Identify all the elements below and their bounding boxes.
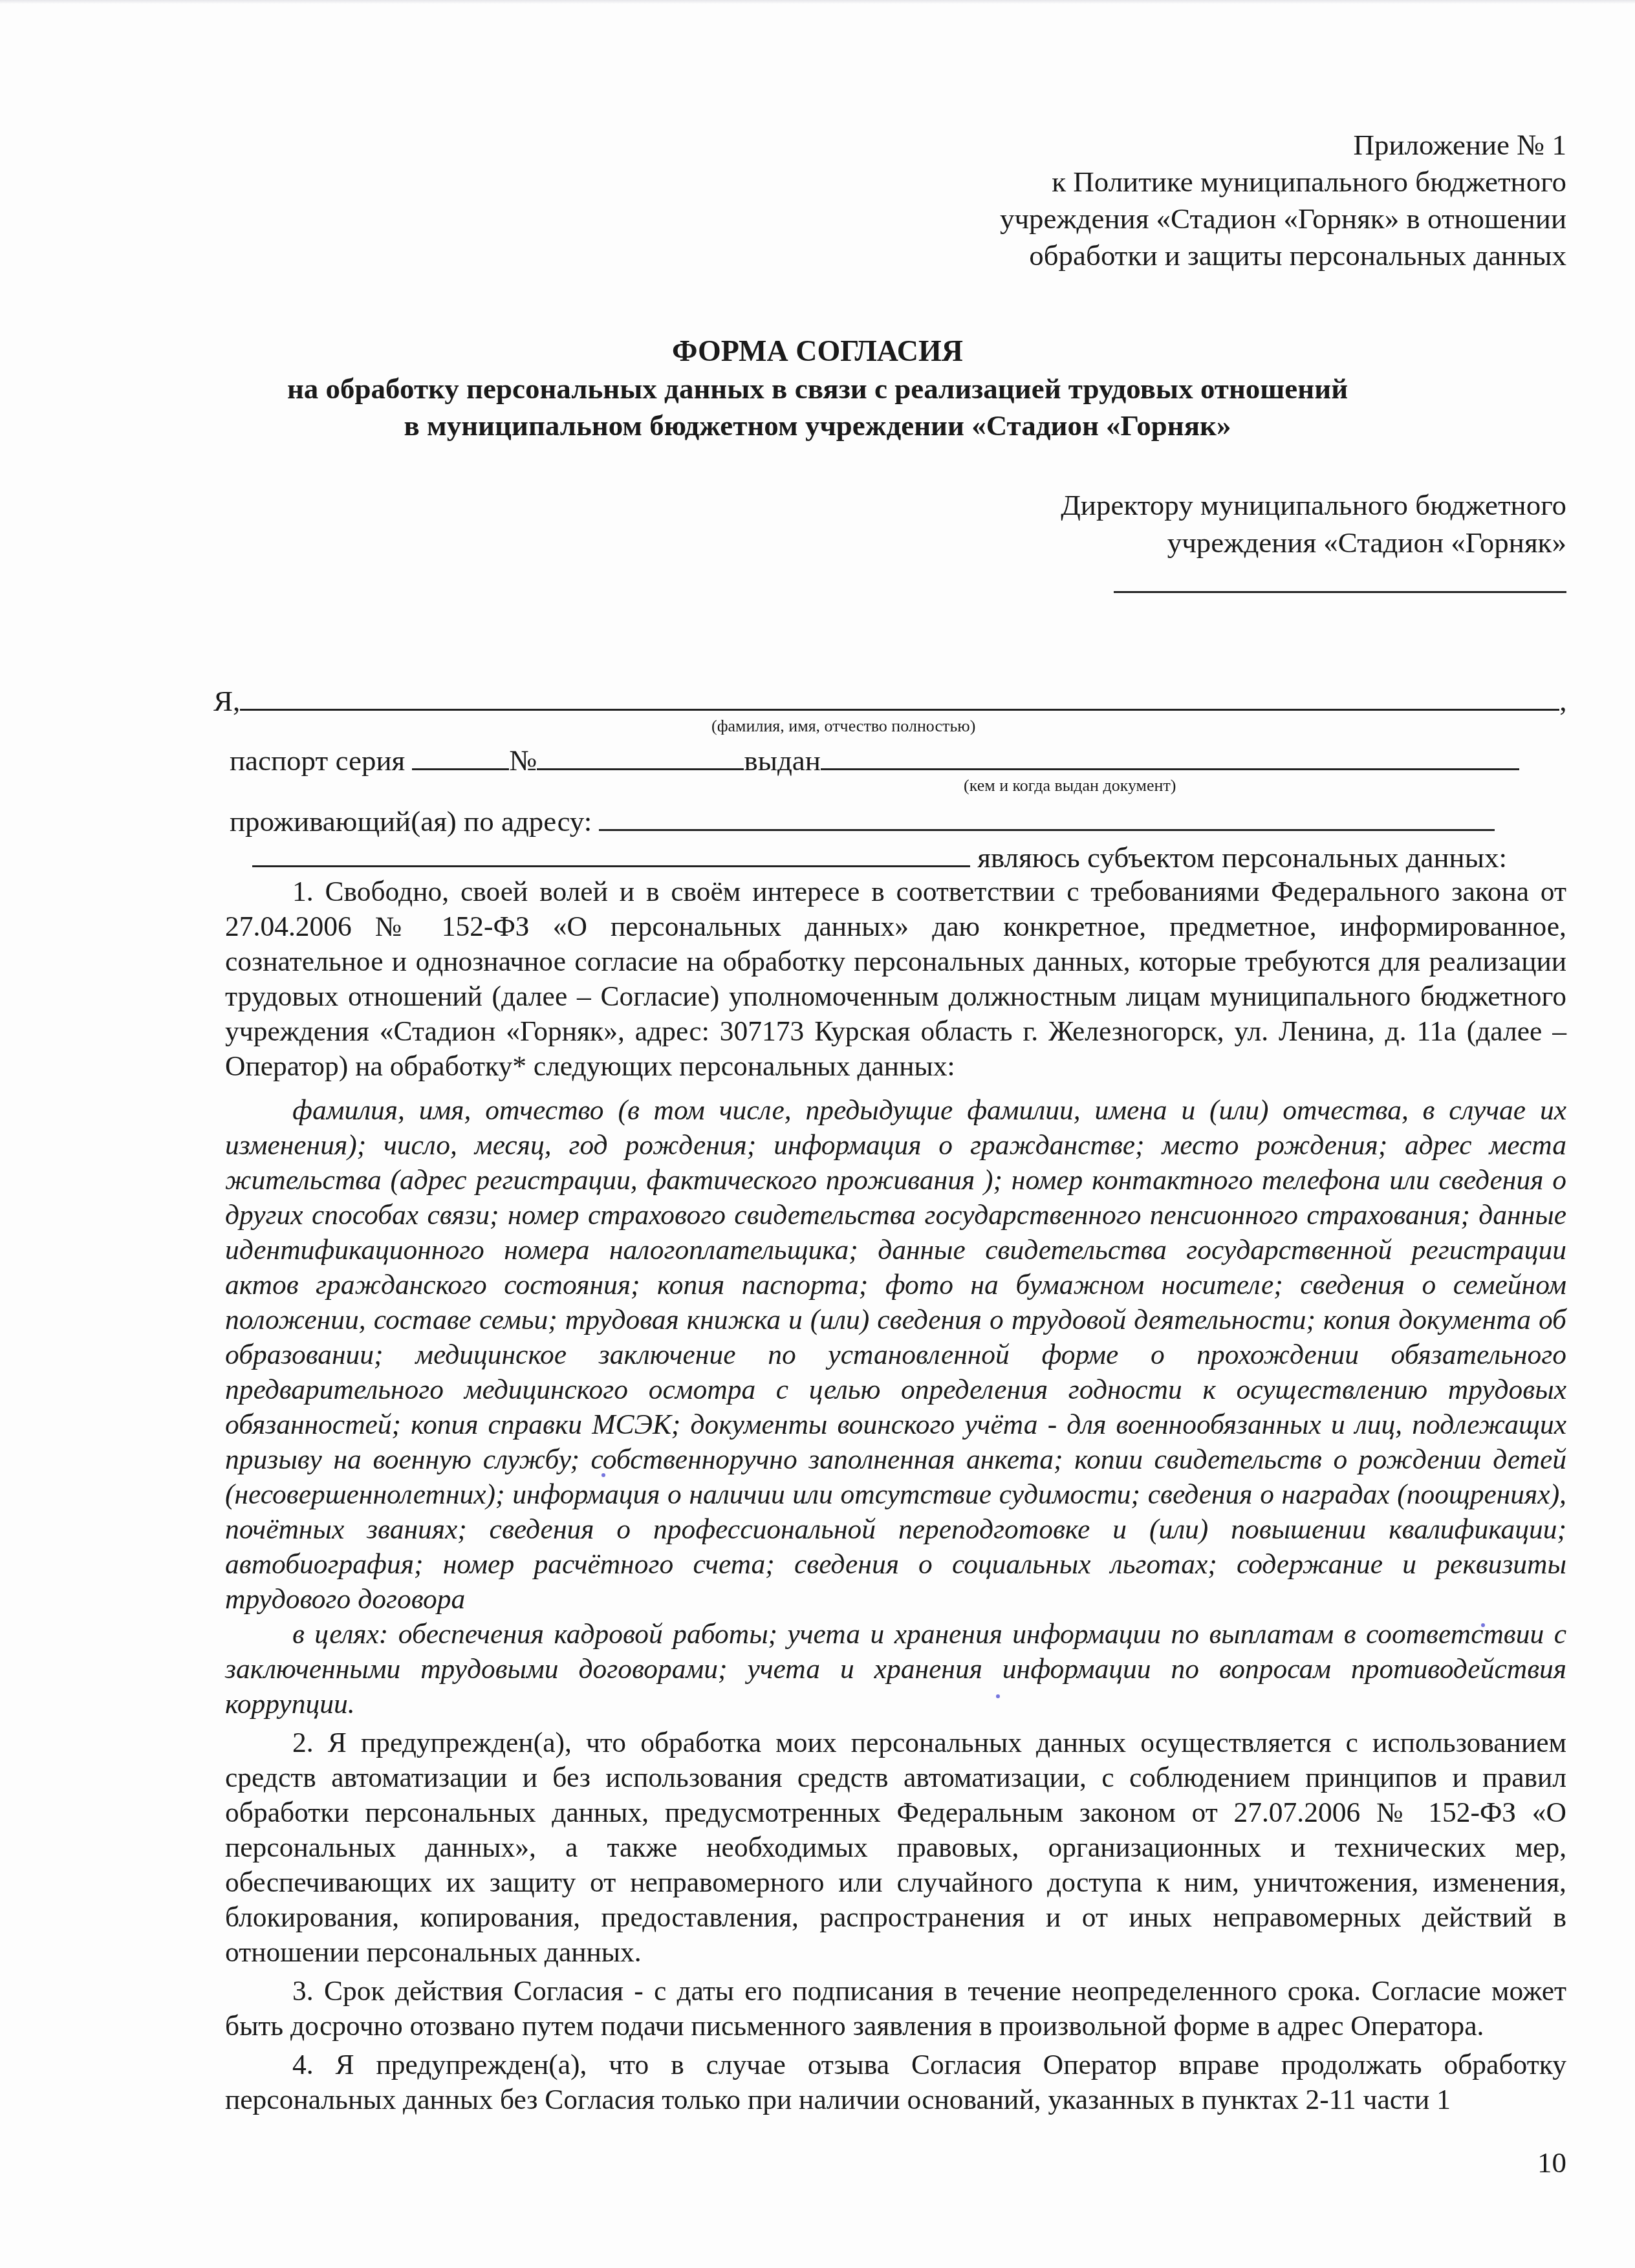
- fio-field[interactable]: [240, 684, 1559, 711]
- ink-speck: [1481, 1623, 1485, 1627]
- address-field-continued[interactable]: [252, 841, 970, 867]
- paragraph-1: 1. Свободно, своей волей и в своём интер…: [225, 874, 1566, 1084]
- addressee-line-1: Директору муниципального бюджетного: [1061, 486, 1566, 524]
- addressee-line-2: учреждения «Стадион «Горняк»: [1061, 524, 1566, 561]
- passport-series-field[interactable]: [412, 744, 509, 770]
- subject-label: являюсь субъектом персональных данных:: [977, 841, 1507, 874]
- appendix-header: Приложение № 1 к Политике муниципального…: [1000, 127, 1566, 274]
- processing-purposes: в целях: обеспечения кадровой работы; уч…: [225, 1617, 1566, 1722]
- document-body: 1. Свободно, своей волей и в своём интер…: [225, 874, 1566, 2117]
- paragraph-2: 2. Я предупрежден(а), что обработка моих…: [225, 1725, 1566, 1970]
- passport-row: паспорт серия №выдан: [230, 744, 1519, 777]
- addressee-block: Директору муниципального бюджетного учре…: [1061, 486, 1566, 602]
- title-main: ФОРМА СОГЛАСИЯ: [0, 332, 1635, 369]
- appendix-number: Приложение № 1: [1000, 127, 1566, 164]
- ink-speck: [996, 1694, 1000, 1698]
- passport-issued-field[interactable]: [821, 744, 1519, 770]
- address-field[interactable]: [599, 805, 1495, 831]
- appendix-line: к Политике муниципального бюджетного: [1000, 164, 1566, 200]
- fio-hint: (фамилия, имя, отчество полностью): [711, 717, 975, 736]
- addressee-name-field[interactable]: [1114, 565, 1566, 593]
- personal-data-list: фамилия, имя, отчество (в том числе, пре…: [225, 1093, 1566, 1617]
- issued-hint: (кем и когда выдан документ): [964, 776, 1176, 795]
- scanned-document-page: Приложение № 1 к Политике муниципального…: [0, 0, 1635, 2268]
- passport-series-label: паспорт серия: [230, 744, 405, 777]
- title-subtitle-1: на обработку персональных данных в связи…: [0, 371, 1635, 407]
- paragraph-4: 4. Я предупрежден(а), что в случае отзыв…: [225, 2047, 1566, 2117]
- ink-speck: [601, 1473, 605, 1477]
- scan-edge: [0, 0, 1635, 4]
- document-title: ФОРМА СОГЛАСИЯ на обработку персональных…: [0, 332, 1635, 444]
- passport-number-field[interactable]: [537, 744, 744, 770]
- passport-issued-label: выдан: [744, 744, 820, 777]
- address-row: проживающий(ая) по адресу:: [230, 805, 1495, 838]
- appendix-line: обработки и защиты персональных данных: [1000, 237, 1566, 274]
- page-number: 10: [1537, 2146, 1566, 2179]
- address-row-2: являюсь субъектом персональных данных:: [252, 841, 1507, 874]
- fio-label: Я,: [213, 685, 240, 717]
- address-label: проживающий(ая) по адресу:: [230, 805, 592, 837]
- paragraph-3: 3. Срок действия Согласия - с даты его п…: [225, 1974, 1566, 2044]
- fio-trailing-comma: ,: [1559, 685, 1566, 717]
- passport-number-label: №: [509, 744, 537, 777]
- fio-row: Я,,: [213, 684, 1567, 718]
- title-subtitle-2: в муниципальном бюджетном учреждении «Ст…: [0, 407, 1635, 444]
- appendix-line: учреждения «Стадион «Горняк» в отношении: [1000, 200, 1566, 237]
